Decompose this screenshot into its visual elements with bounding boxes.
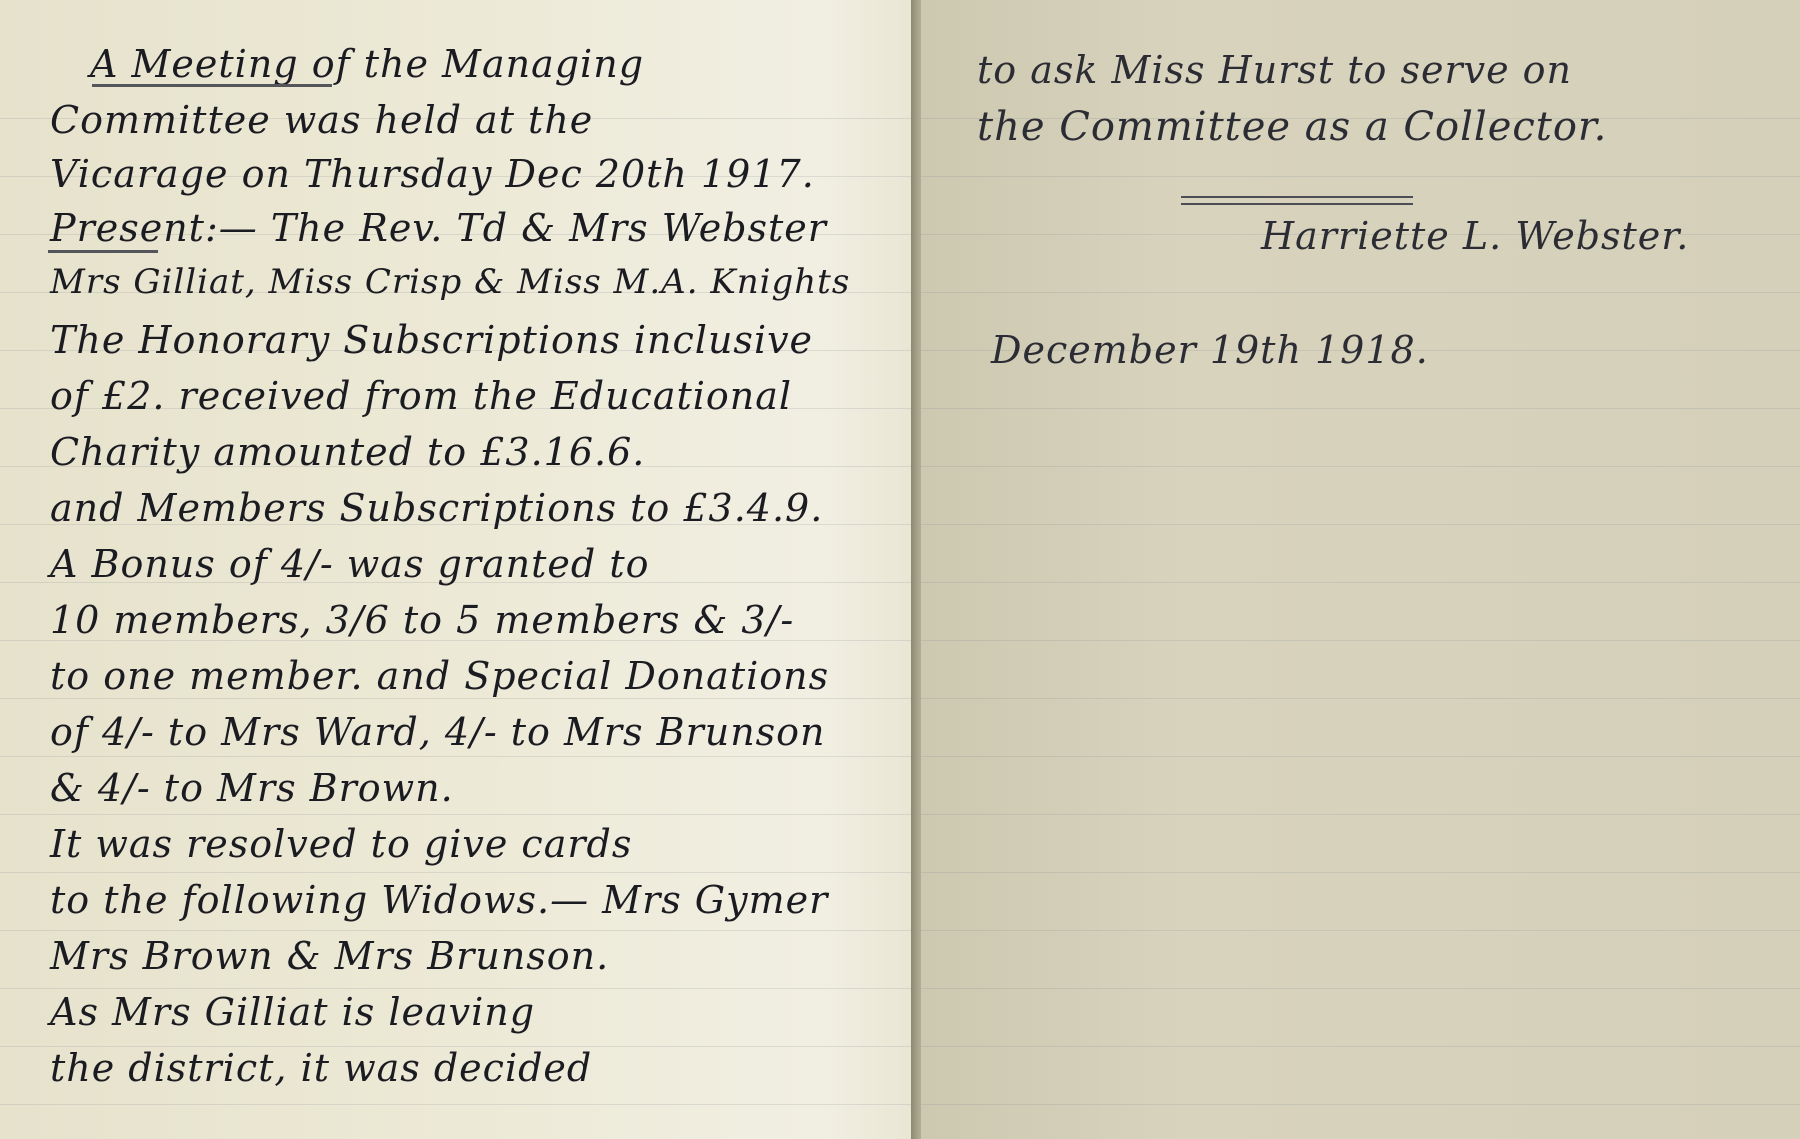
signature: Harriette L. Webster. (1261, 214, 1689, 258)
ruled-line (0, 698, 912, 699)
ruled-line (0, 988, 912, 989)
text-line: Committee was held at the (50, 98, 593, 142)
ruled-line (921, 582, 1800, 583)
ruled-line (921, 176, 1800, 177)
text-line: As Mrs Gilliat is leaving (50, 990, 535, 1034)
ruled-line (921, 930, 1800, 931)
text-line: of £2. received from the Educational (50, 374, 792, 418)
ruled-line (0, 930, 912, 931)
ruled-line (921, 988, 1800, 989)
present-underline (48, 250, 158, 253)
text-line: 10 members, 3/6 to 5 members & 3/- (50, 598, 794, 642)
ruled-line (921, 756, 1800, 757)
text-line: the district, it was decided (50, 1046, 592, 1090)
ruled-line (0, 756, 912, 757)
text-line: It was resolved to give cards (50, 822, 632, 866)
text-line: & 4/- to Mrs Brown. (50, 766, 454, 810)
ruled-line (921, 1104, 1800, 1105)
text-line: Charity amounted to £3.16.6. (50, 430, 645, 474)
heading-underline (92, 84, 332, 87)
ruled-line (921, 1046, 1800, 1047)
text-line: the Committee as a Collector. (977, 104, 1607, 150)
ruled-line (921, 408, 1800, 409)
ruled-line (0, 814, 912, 815)
right-page: to ask Miss Hurst to serve on the Commit… (921, 0, 1800, 1139)
ruled-line (0, 872, 912, 873)
ruled-line (921, 524, 1800, 525)
ruled-line (921, 292, 1800, 293)
text-line: to ask Miss Hurst to serve on (977, 48, 1572, 92)
text-line: Mrs Brown & Mrs Brunson. (50, 934, 609, 978)
ruled-line (921, 698, 1800, 699)
text-line: and Members Subscriptions to £3.4.9. (50, 486, 823, 530)
left-page: A Meeting of the Managing Committee was … (0, 0, 912, 1139)
text-line: Vicarage on Thursday Dec 20th 1917. (50, 152, 815, 196)
ruled-line (921, 872, 1800, 873)
ruled-line (921, 640, 1800, 641)
book-spine (911, 0, 921, 1139)
text-line: to the following Widows.— Mrs Gymer (50, 878, 828, 922)
text-line: of 4/- to Mrs Ward, 4/- to Mrs Brunson (50, 710, 826, 754)
ruled-line (0, 1104, 912, 1105)
double-rule-bottom (1181, 203, 1413, 205)
text-line: Present:— The Rev. Td & Mrs Webster (50, 206, 827, 250)
ruled-line (921, 466, 1800, 467)
text-line: to one member. and Special Donations (50, 654, 829, 698)
text-line: The Honorary Subscriptions inclusive (50, 318, 813, 362)
text-line: Mrs Gilliat, Miss Crisp & Miss M.A. Knig… (50, 262, 850, 302)
entry-date: December 19th 1918. (991, 328, 1429, 372)
text-line: A Bonus of 4/- was granted to (50, 542, 649, 586)
heading-line: A Meeting of the Managing (90, 42, 644, 86)
ruled-line (921, 814, 1800, 815)
double-rule-top (1181, 196, 1413, 198)
